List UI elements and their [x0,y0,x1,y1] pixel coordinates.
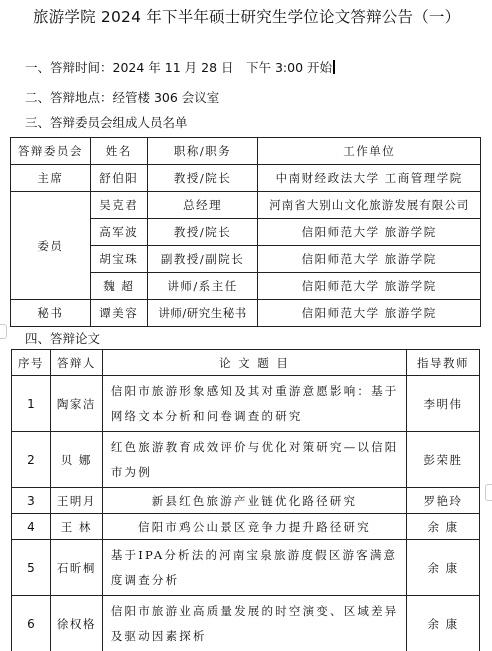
org-cell: 信阳师范大学 旅游学院 [258,273,481,300]
number-cell: 3 [12,488,51,514]
student-cell: 陶家洁 [50,376,102,432]
student-cell: 王 林 [50,514,102,540]
theses-heading: 四、答辩论文 [25,329,100,347]
student-cell: 徐权格 [50,596,102,651]
topic-cell: 信阳市鸡公山景区竞争力提升路径研究 [102,514,406,540]
margin-marker [0,324,7,339]
advisor-cell: 余 康 [407,540,480,596]
header-cell: 序号 [12,350,51,376]
title-cell: 总经理 [147,192,258,219]
advisor-cell: 李明伟 [407,376,480,432]
theses-header-row: 序号 答辩人 论 文 题 目 指导教师 [12,350,480,376]
topic-cell: 新县红色旅游产业链优化路径研究 [102,488,406,514]
defense-place: 二、答辩地点：经管楼 306 会议室 [25,88,219,106]
title-cell: 副教授/副院长 [147,246,258,273]
org-cell: 信阳师范大学 旅游学院 [258,246,481,273]
table-row: 秘书 谭美容 讲师/研究生秘书 信阳师范大学 旅游学院 [11,300,481,327]
title-cell: 教授/院长 [147,219,258,246]
table-row: 3 王明月 新县红色旅游产业链优化路径研究 罗艳玲 [12,488,480,514]
name-cell: 魏 超 [90,273,147,300]
name-cell: 胡宝珠 [90,246,147,273]
advisor-cell: 罗艳玲 [407,488,480,514]
committee-header-row: 答辩委员会 姓名 职称/职务 工作单位 [11,138,481,165]
table-row: 1 陶家洁 信阳市旅游形象感知及其对重游意愿影响：基于网络文本分析和问卷调查的研… [12,376,480,432]
org-cell: 中南财经政法大学 工商管理学院 [258,165,481,192]
name-cell: 高军波 [90,219,147,246]
name-cell: 谭美容 [90,300,147,327]
committee-table: 答辩委员会 姓名 职称/职务 工作单位 主席 舒伯阳 教授/院长 中南财经政法大… [10,137,481,327]
header-cell: 工作单位 [258,138,481,165]
header-cell: 论 文 题 目 [102,350,406,376]
table-row: 主席 舒伯阳 教授/院长 中南财经政法大学 工商管理学院 [11,165,481,192]
defense-time: 一、答辩时间：2024 年 11 月 28 日 下午 3:00 开始 [25,60,332,75]
header-cell: 答辩人 [50,350,102,376]
topic-cell: 信阳市旅游形象感知及其对重游意愿影响：基于网络文本分析和问卷调查的研究 [102,376,406,432]
number-cell: 6 [12,596,51,651]
header-cell: 职称/职务 [147,138,258,165]
role-cell: 主席 [11,165,91,192]
role-cell: 委员 [11,192,91,300]
theses-table: 序号 答辩人 论 文 题 目 指导教师 1 陶家洁 信阳市旅游形象感知及其对重游… [11,349,480,651]
name-cell: 吴克君 [90,192,147,219]
role-cell: 秘书 [11,300,91,327]
advisor-cell: 余 康 [407,514,480,540]
org-cell: 河南省大别山文化旅游发展有限公司 [258,192,481,219]
number-cell: 2 [12,432,51,488]
margin-marker [485,484,492,501]
committee-heading: 三、答辩委员会组成人员名单 [25,113,188,131]
table-row: 4 王 林 信阳市鸡公山景区竞争力提升路径研究 余 康 [12,514,480,540]
topic-cell: 信阳市旅游业高质量发展的时空演变、区域差异及驱动因素探析 [102,596,406,651]
topic-cell: 基于IPA分析法的河南宝泉旅游度假区游客满意度调查分析 [102,540,406,596]
name-cell: 舒伯阳 [90,165,147,192]
text-cursor [333,60,335,74]
title-cell: 讲师/系主任 [147,273,258,300]
student-cell: 王明月 [50,488,102,514]
table-row: 6 徐权格 信阳市旅游业高质量发展的时空演变、区域差异及驱动因素探析 余 康 [12,596,480,651]
number-cell: 5 [12,540,51,596]
table-row: 5 石昕桐 基于IPA分析法的河南宝泉旅游度假区游客满意度调查分析 余 康 [12,540,480,596]
advisor-cell: 余 康 [407,596,480,651]
topic-cell: 红色旅游教育成效评价与优化对策研究—以信阳市为例 [102,432,406,488]
header-cell: 姓名 [90,138,147,165]
header-cell: 答辩委员会 [11,138,91,165]
table-row: 2 贝 娜 红色旅游教育成效评价与优化对策研究—以信阳市为例 彭荣胜 [12,432,480,488]
org-cell: 信阳师范大学 旅游学院 [258,219,481,246]
number-cell: 4 [12,514,51,540]
defense-time-line[interactable]: 一、答辩时间：2024 年 11 月 28 日 下午 3:00 开始 [25,58,335,76]
title-cell: 讲师/研究生秘书 [147,300,258,327]
table-row: 委员 吴克君 总经理 河南省大别山文化旅游发展有限公司 [11,192,481,219]
title-cell: 教授/院长 [147,165,258,192]
header-cell: 指导教师 [407,350,480,376]
advisor-cell: 彭荣胜 [407,432,480,488]
number-cell: 1 [12,376,51,432]
student-cell: 石昕桐 [50,540,102,596]
org-cell: 信阳师范大学 旅游学院 [258,300,481,327]
page-title: 旅游学院 2024 年下半年硕士研究生学位论文答辩公告（一） [33,5,460,27]
student-cell: 贝 娜 [50,432,102,488]
